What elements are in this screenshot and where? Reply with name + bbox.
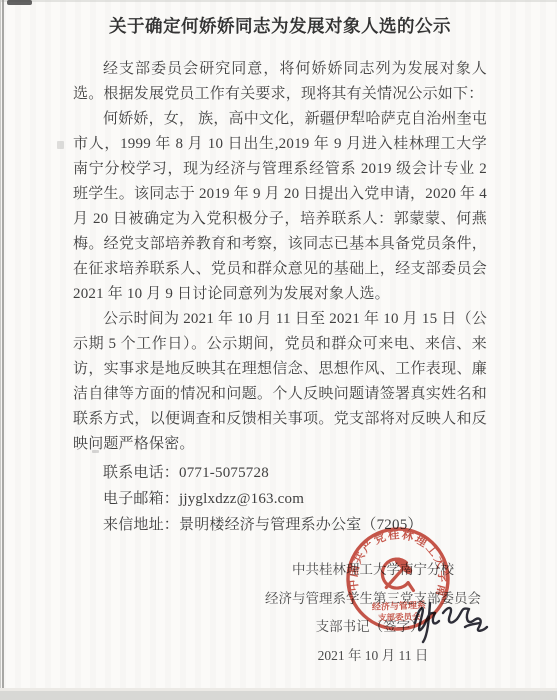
intro-paragraph: 经支部委员会研究同意，将何娇娇同志列为发展对象人选。根据发展党员工作有关要求，现… [73,57,487,107]
scanned-document-page: 关于确定何娇娇同志为发展对象人选的公示 经支部委员会研究同意，将何娇娇同志列为发… [0,0,557,700]
publicity-period-paragraph: 公示时间为 2021 年 10 月 11 日至 2021 年 10 月 15 日… [73,307,487,457]
candidate-info-paragraph: 何娇娇，女， 族，高中文化，新疆伊犁哈萨克自治州奎屯市人，1999 年 8 月 … [73,107,487,307]
scan-mark [92,450,99,453]
scan-edge-top [0,0,557,2]
document-title: 关于确定何娇娇同志为发展对象人选的公示 [73,13,487,38]
scan-mark [57,141,64,149]
scan-edge-bottom [0,691,557,700]
scan-corner-smudge [7,0,32,5]
contact-email-line: 电子邮箱：jjyglxdzz@163.com [73,486,487,512]
official-red-seal: 中国共产党桂林理工大学南宁分校 经济与管理系 支部委员会 [341,522,455,636]
hammer-sickle-icon [382,559,414,592]
scan-edge-left-light [0,0,1,700]
seal-inner-text-1: 经济与管理系 [372,599,426,612]
contact-phone-line: 联系电话：0771-5075728 [73,460,487,486]
document-date: 2021 年 10 月 11 日 [253,642,493,671]
document-body: 经支部委员会研究同意，将何娇娇同志列为发展对象人选。根据发展党员工作有关要求，现… [73,57,487,538]
seal-inner-text-2: 支部委员会 [378,611,421,622]
scan-edge-left-dark [2,0,4,700]
